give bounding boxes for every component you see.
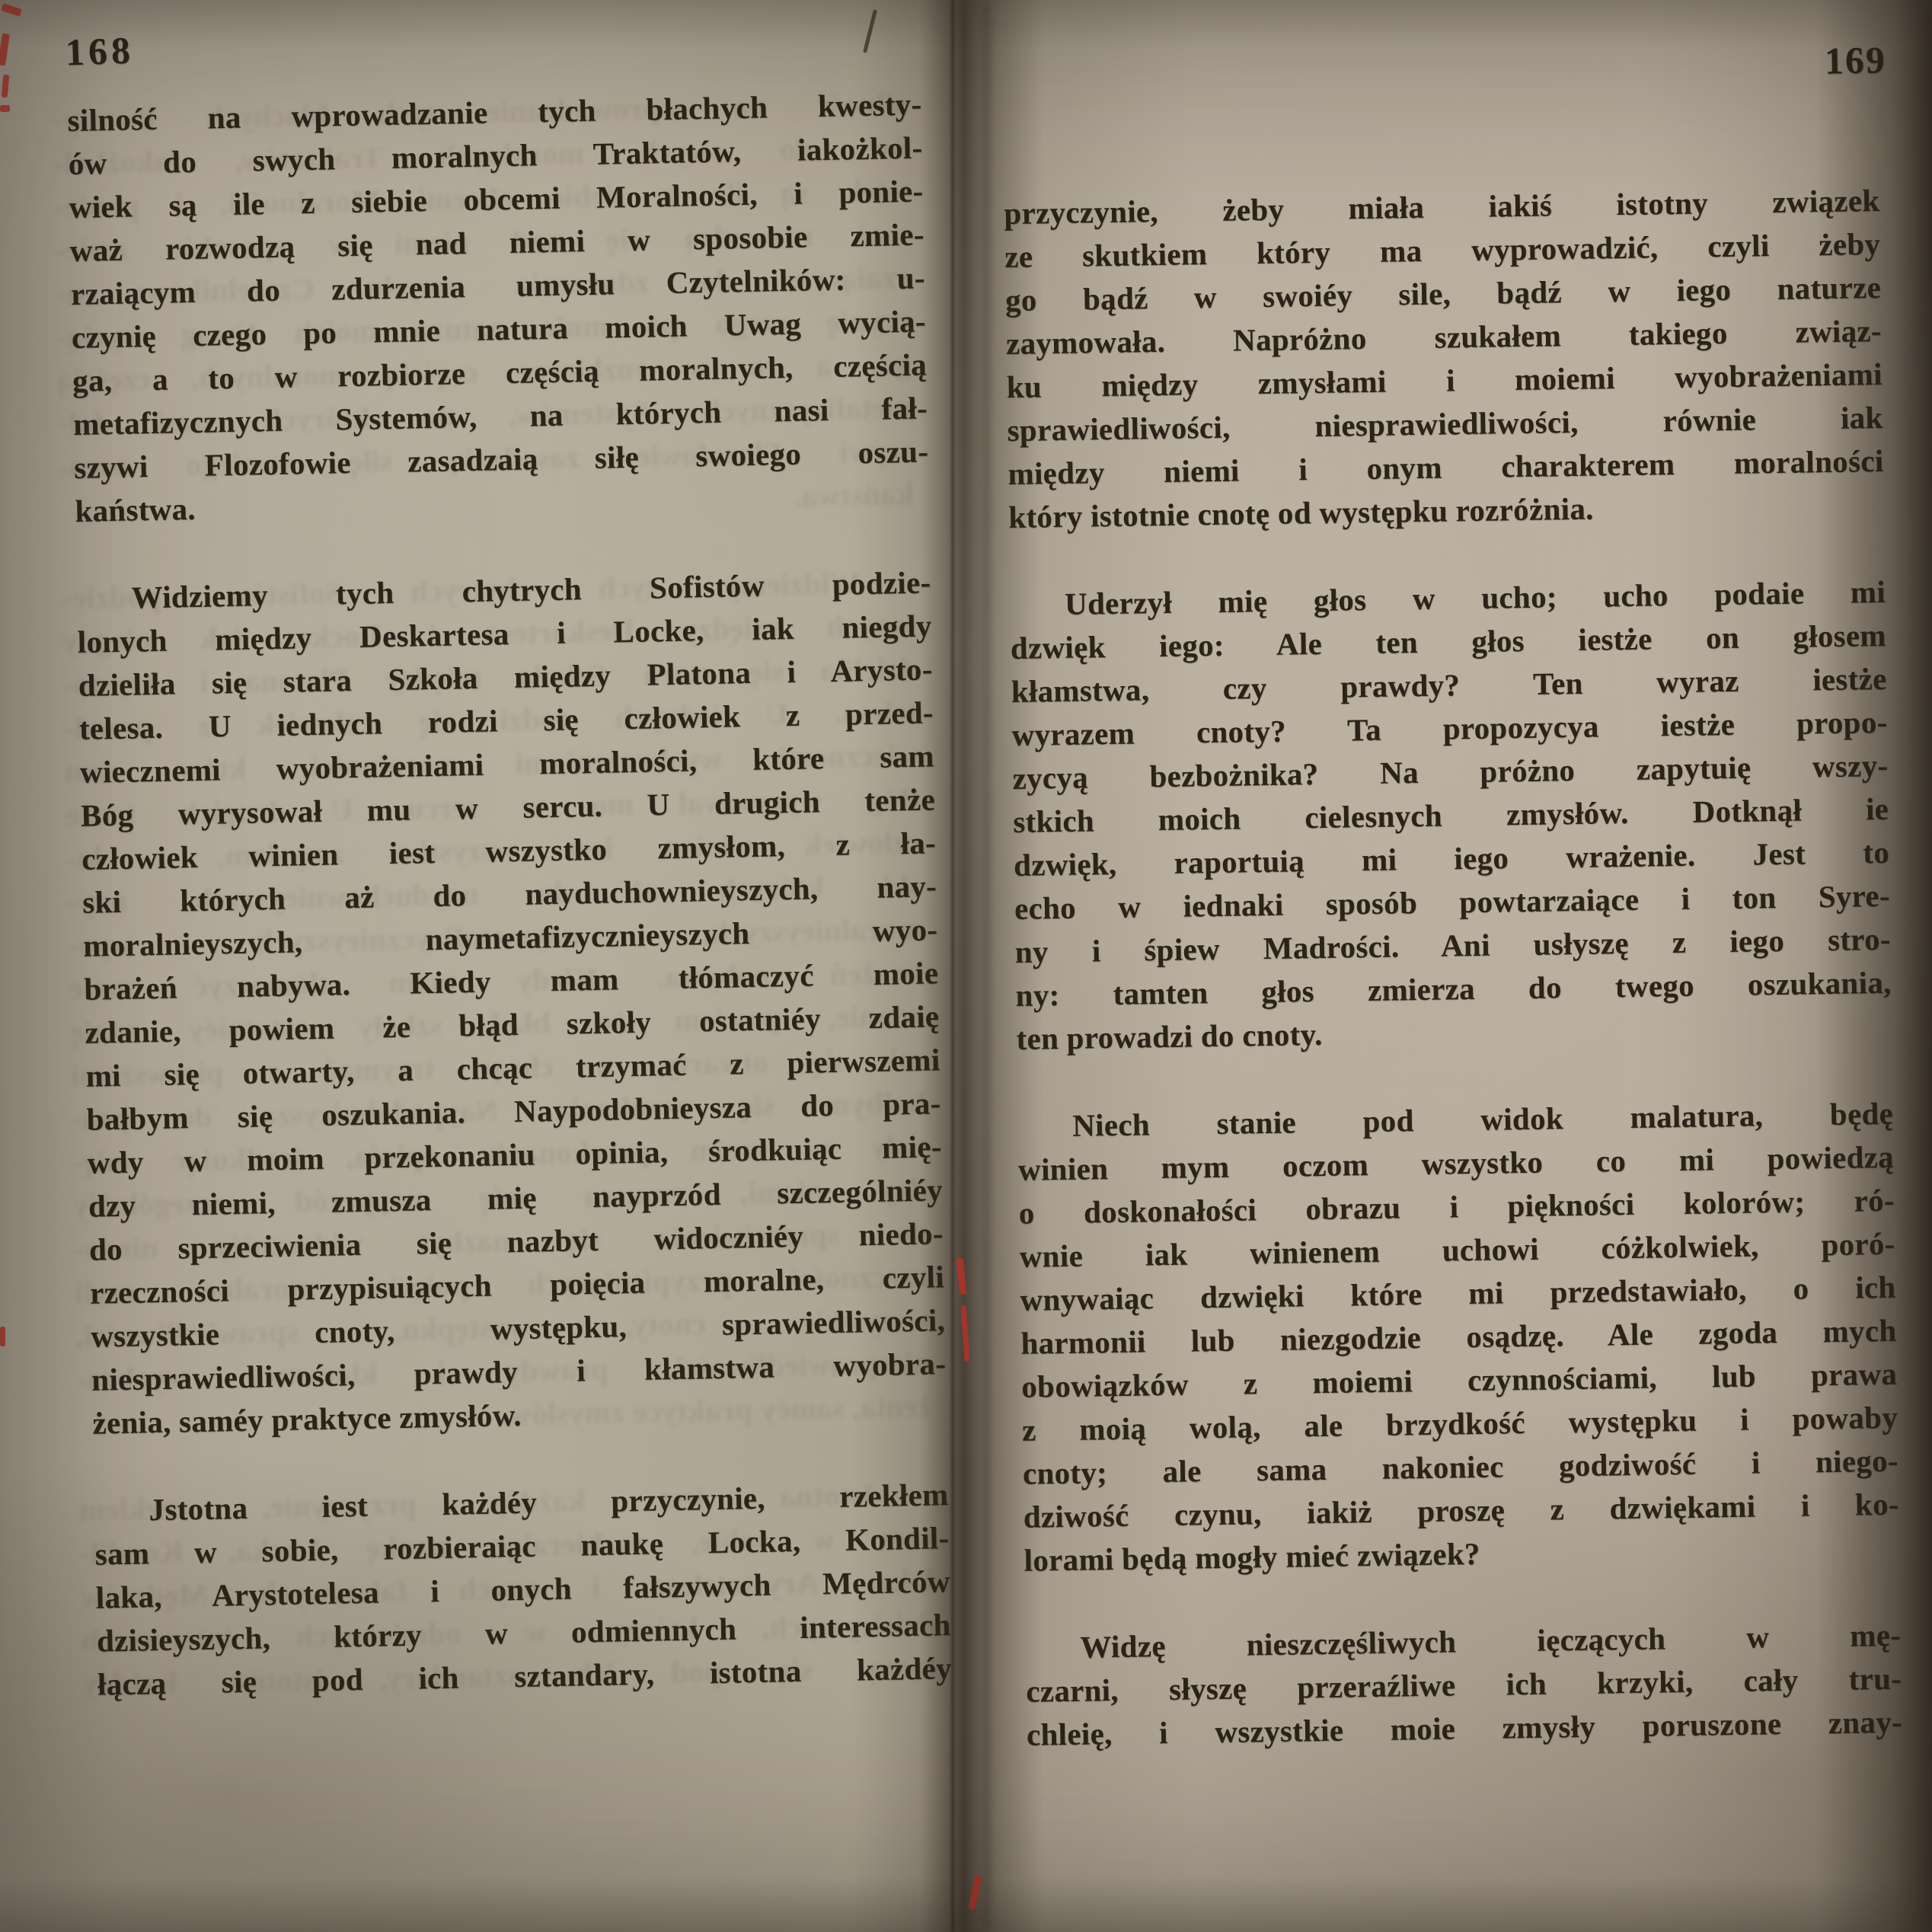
ink-smudge bbox=[863, 9, 877, 53]
red-edge-mark bbox=[1, 3, 22, 17]
paragraph: Widziemy tych chytrych Sofistów podzie-l… bbox=[76, 560, 947, 1445]
paragraph: Niech stanie pod widok malatura, będęwin… bbox=[1017, 1092, 1900, 1582]
book-scan: silność na wprowadzanie tych błachych kw… bbox=[0, 0, 1932, 1932]
right-page-text: przyczynie, żeby miała iakiś istotny zwi… bbox=[1004, 179, 1902, 1757]
red-edge-mark bbox=[2, 75, 10, 98]
red-gutter-mark bbox=[968, 1875, 982, 1911]
right-page-number: 169 bbox=[1824, 37, 1886, 83]
left-page-text: silność na wprowadzanie tych błachych kw… bbox=[67, 82, 952, 1706]
red-edge-mark bbox=[0, 1327, 5, 1346]
red-gutter-mark bbox=[960, 1305, 969, 1362]
paragraph: przyczynie, żeby miała iakiś istotny zwi… bbox=[1004, 179, 1885, 539]
paragraph: Jstotna iest każdéy przyczynie, rzekłems… bbox=[94, 1473, 952, 1706]
gutter-shadow bbox=[982, 0, 991, 1932]
left-page-number: 168 bbox=[65, 27, 135, 74]
paragraph: silność na wprowadzanie tych błachych kw… bbox=[67, 82, 930, 532]
paragraph: Widzę nieszczęśliwych ięczących w mę-cza… bbox=[1025, 1614, 1902, 1757]
red-gutter-mark bbox=[956, 1258, 967, 1295]
paragraph: Uderzył mię głos w ucho; ucho podaie mid… bbox=[1010, 570, 1892, 1061]
gutter-crease-line bbox=[951, 0, 954, 1932]
red-edge-mark bbox=[0, 105, 10, 112]
red-edge-mark bbox=[0, 34, 10, 66]
